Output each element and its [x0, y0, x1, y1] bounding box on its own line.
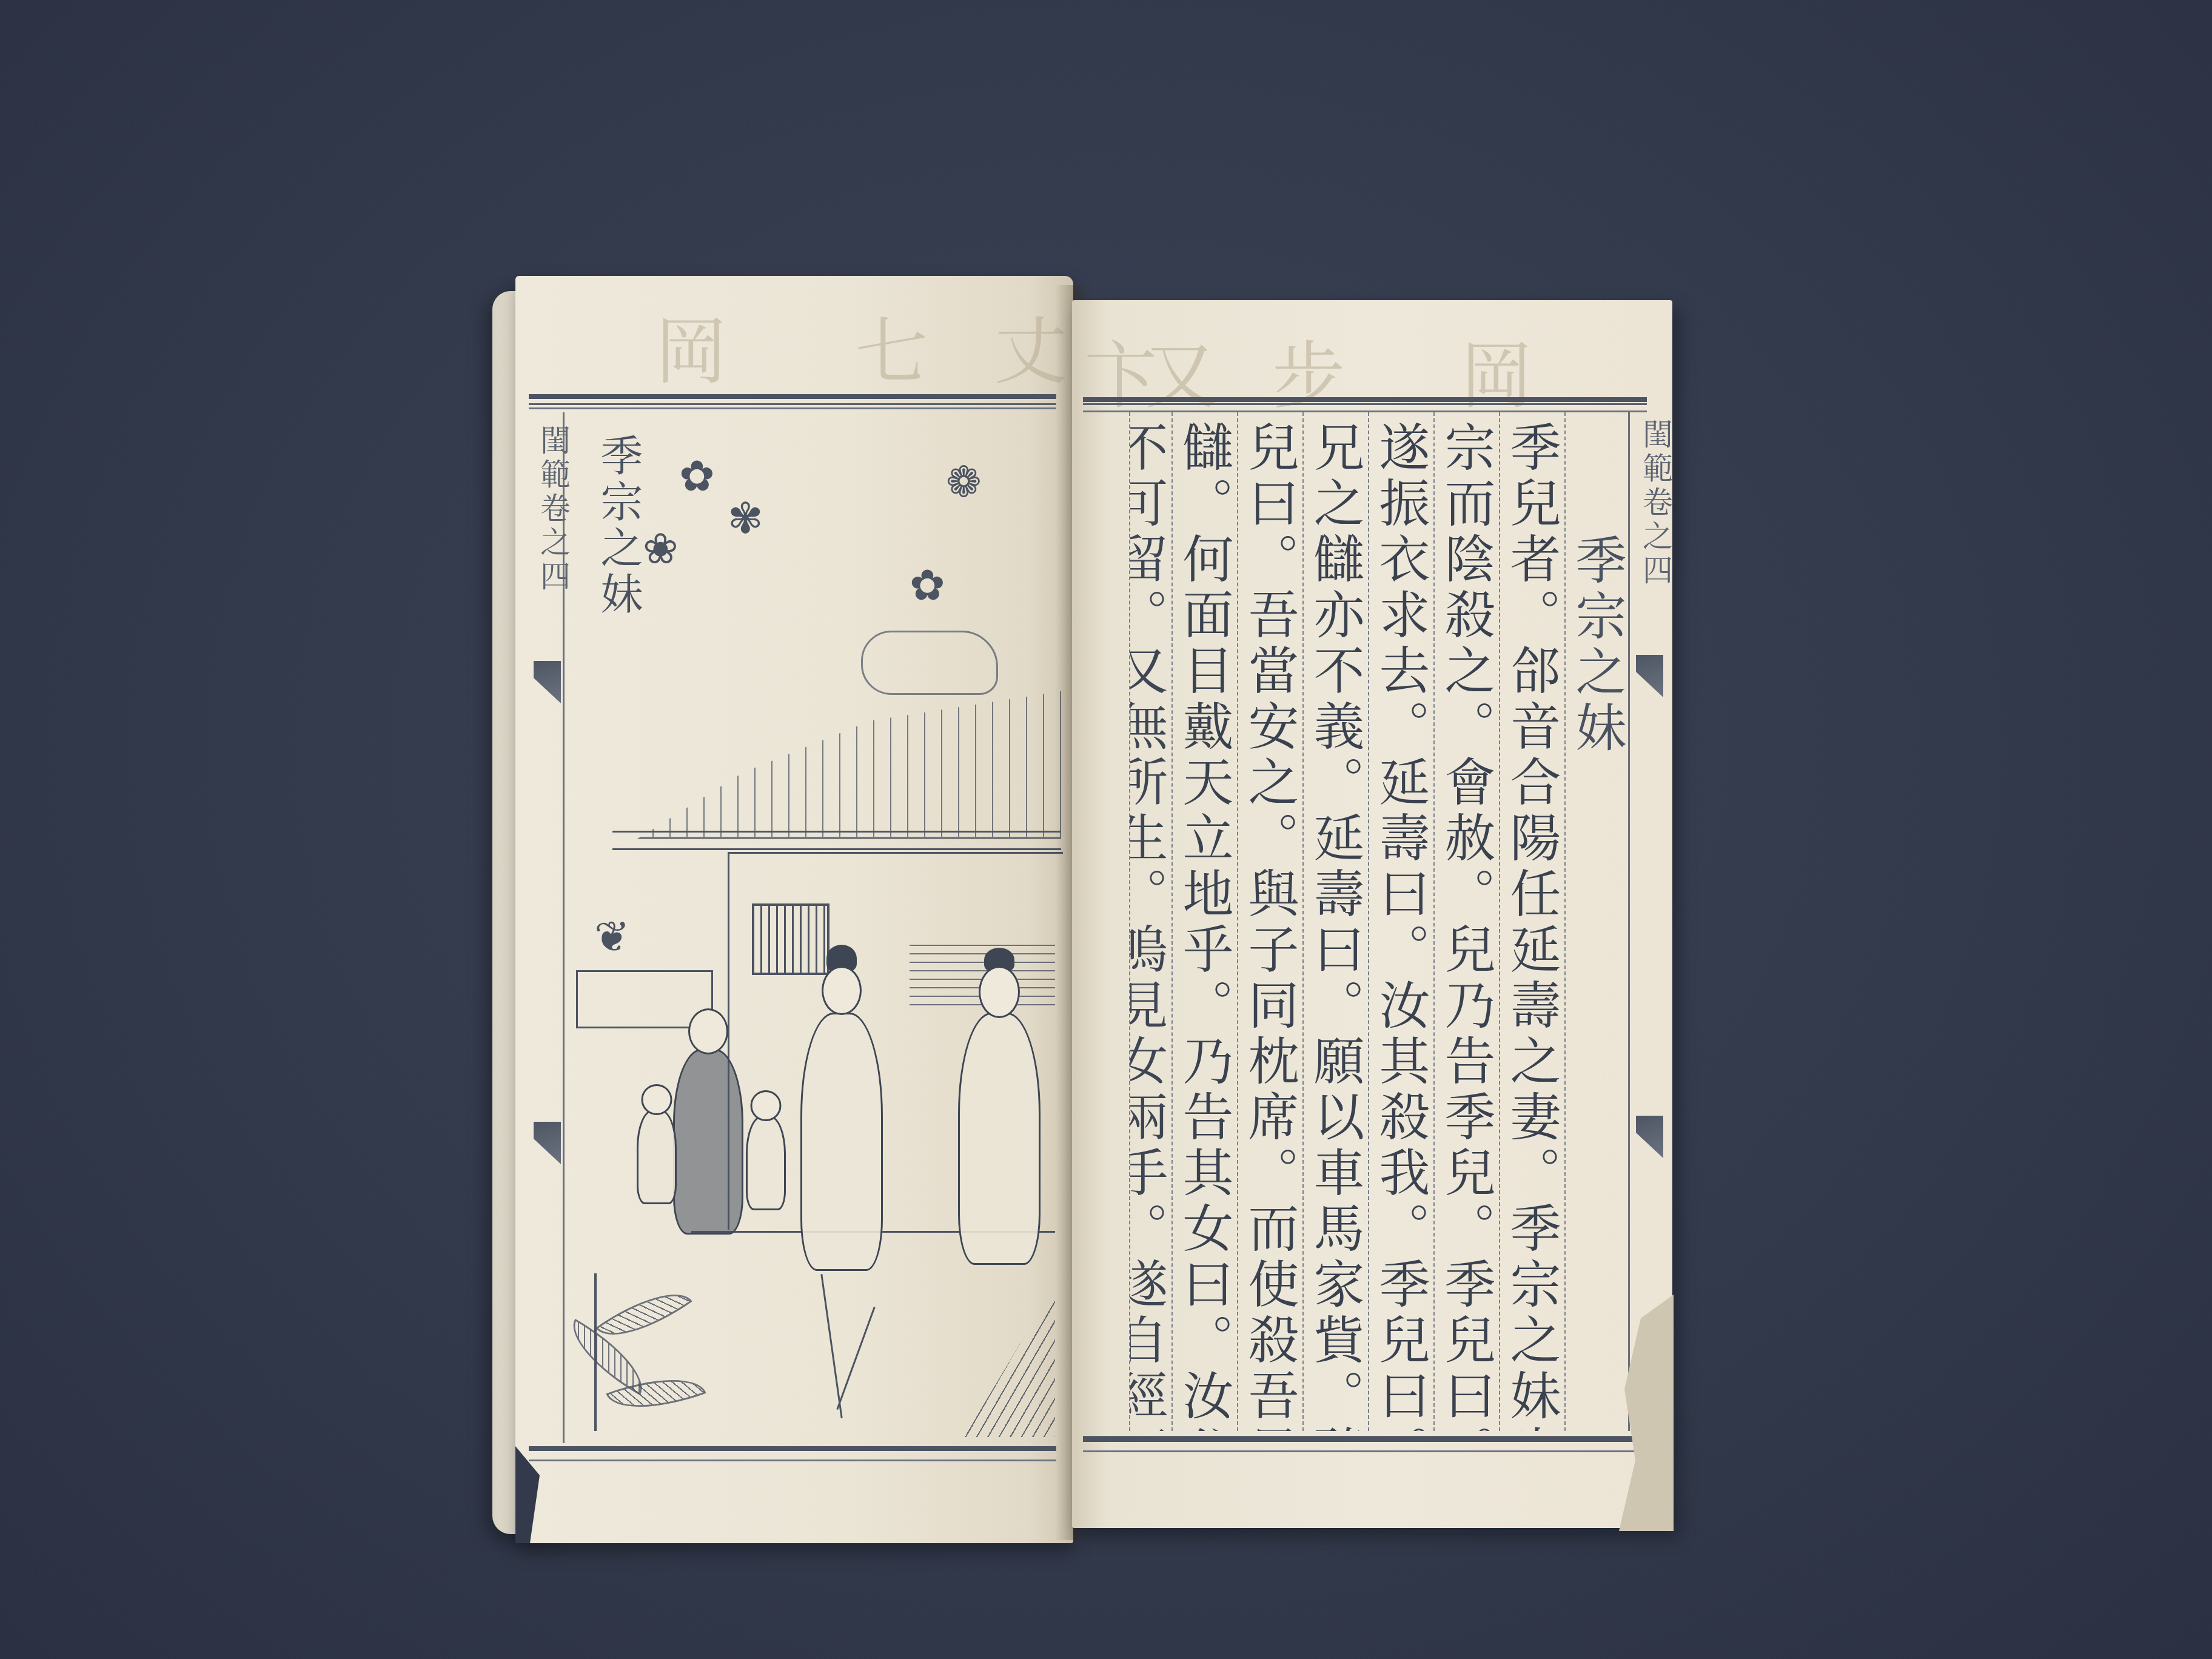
text-column: 遂振衣求去。延壽曰。汝其殺我。季兒曰。殺夫不義。事 [1368, 412, 1433, 1431]
shrub-icon: ❦ [594, 916, 630, 958]
fishtail-mark-icon [534, 1122, 561, 1164]
text-column: 宗而陰殺之。會赦。兒乃告季兒。季兒曰。嘻。乃語我乎。 [1433, 412, 1499, 1431]
text-column: 兄之讎亦不義。延壽曰。願以車馬家貲。聽汝所之。季 [1302, 412, 1368, 1431]
book-title-margin: 閨範卷之四 [531, 424, 575, 594]
figure-woman-dark-robe [673, 1049, 743, 1235]
story-title: 季宗之妹 [1564, 412, 1630, 1431]
open-book: 閨範卷之四 岡 七 丈 閨範卷之四 季宗之妹 ✿ ❀ ✾ ❁ ✿ [0, 0, 2212, 1659]
figure-head [642, 1084, 672, 1115]
fishtail-mark-icon [1636, 655, 1663, 697]
twig-shrub [820, 1274, 842, 1418]
figure-bearded-man [958, 1013, 1041, 1265]
lattice-window [752, 903, 829, 975]
figure-head [979, 966, 1020, 1018]
figure-standing-woman [800, 1013, 883, 1271]
left-margin-column: 閨範卷之四 [526, 412, 565, 1443]
text-column-partial: 不可留。又無所生。嗚見女兩手。遂自經而死。馮翊音 [1129, 412, 1171, 1431]
blossom-branch-icon: ✾ [728, 497, 763, 540]
twig-shrub [836, 1307, 875, 1410]
left-page: 岡 七 丈 閨範卷之四 季宗之妹 ✿ ❀ ✾ ❁ ✿ ❦ [515, 276, 1073, 1543]
blossom-branch-icon: ❁ [946, 461, 982, 503]
top-mark: 岡 [655, 294, 728, 398]
right-margin-column: 閨範卷之四 [1628, 412, 1672, 1431]
blossom-branch-icon: ❀ [643, 528, 679, 570]
figure-head [822, 966, 862, 1015]
cloud-scroll [861, 631, 998, 695]
right-page: 卞 又 步 岡 閨範卷之四 季宗之妹 季兒者。郃音合陽任延壽之妻。季宗之妹也。延… [1072, 300, 1672, 1528]
text-column: 兒曰。吾當安之。與子同枕席。而使殺吾兄。又縱兄之 [1237, 412, 1302, 1431]
figure-child [746, 1116, 786, 1210]
tiled-roof [637, 691, 1061, 839]
figure-child [637, 1110, 677, 1204]
top-mark: 七 [855, 294, 928, 398]
top-worm-marks: 岡 七 丈 [515, 276, 1073, 379]
figure-head [751, 1090, 782, 1121]
text-column: 讎。何面目戴天立地乎。乃告其女曰。汝父殺吾兄。義 [1171, 412, 1237, 1431]
figure-head [688, 1008, 728, 1054]
blossom-branch-icon: ✿ [679, 455, 715, 497]
banana-plant [594, 1273, 724, 1431]
fishtail-mark-icon [1636, 1116, 1663, 1158]
bottom-border-rule [529, 1446, 1056, 1461]
fishtail-mark-icon [534, 661, 561, 703]
top-worm-marks: 卞 又 步 岡 [1072, 300, 1672, 403]
roof-eave [612, 831, 1061, 850]
building-corner [964, 1285, 1055, 1437]
blossom-branch-icon: ✿ [910, 564, 945, 606]
text-column: 季兒者。郃音合陽任延壽之妻。季宗之妹也。延壽怨季 [1499, 412, 1564, 1431]
text-columns: 季宗之妹 季兒者。郃音合陽任延壽之妻。季宗之妹也。延壽怨季 宗而陰殺之。會赦。兒… [1102, 412, 1630, 1431]
bottom-border-rule [1083, 1437, 1647, 1452]
book-title-margin: 閨範卷之四 [1634, 418, 1677, 588]
woodcut-illustration: ✿ ❀ ✾ ❁ ✿ ❦ [570, 406, 1055, 1437]
